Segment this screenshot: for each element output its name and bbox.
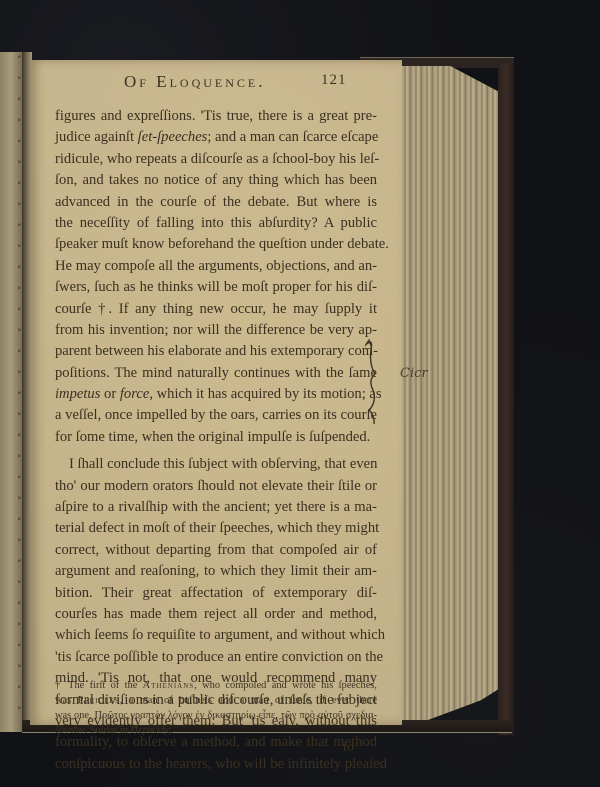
text-line: ridicule, who repeats a diſcourſe as a ſ… (55, 149, 377, 170)
text-line: courſes has made them reject all order a… (55, 604, 377, 625)
facing-page-edge: ▪▪▪▪▪▪▪▪▪▪▪▪▪▪▪▪▪▪▪▪▪▪▪▪▪▪▪▪▪▪▪▪ (0, 52, 22, 732)
text-line: figures and expreſſions. 'Tis true, ther… (55, 106, 377, 127)
text-line: was Pericles, a man of buſineſs and a ma… (55, 693, 377, 708)
handwritten-margin-annotation: Cicr (365, 336, 435, 426)
catchword: to (343, 740, 354, 756)
text-line: impetus or force, which it has acquired … (55, 384, 377, 405)
text-line: poſitions. The mind naturally continues … (55, 363, 377, 384)
book-page: Of Eloquence. 121 figures and expreſſion… (30, 60, 402, 725)
book-cover-spine (498, 63, 514, 735)
text-line: ζόντων. Suidas in Περικλῆς. (55, 723, 377, 738)
text-line: courſe †. If any thing new occur, he may… (55, 299, 377, 320)
text-line: argument and reaſoning, to which they li… (55, 561, 377, 582)
footnote: † The firſt of the Athenians, who compoſ… (55, 678, 377, 738)
text-line: ſpeaker muſt know beforehand the queſtio… (55, 234, 377, 255)
text-line: tho' our modern orators ſhould not eleva… (55, 476, 377, 497)
facing-page-text-fragments: ▪▪▪▪▪▪▪▪▪▪▪▪▪▪▪▪▪▪▪▪▪▪▪▪▪▪▪▪▪▪▪▪ (0, 52, 22, 724)
text-line: was one, Πρῶτος γραπτὸν λόγον ἐν δικαστη… (55, 708, 377, 723)
text-line: † The firſt of the Athenians, who compoſ… (55, 678, 377, 693)
text-line: which ſeems ſo requiſite to argument, an… (55, 625, 377, 646)
text-line: He may compoſe all the arguments, object… (55, 256, 377, 277)
page-number: 121 (321, 72, 347, 89)
text-line: ſwers, ſuch as he thinks will be moſt pr… (55, 277, 377, 298)
text-line: for ſome time, when the original impulſe… (55, 427, 377, 448)
text-line: parent between his elaborate and his ext… (55, 341, 377, 362)
text-line: terial defect in moſt of their ſpeeches,… (55, 518, 377, 539)
text-line: 'tis ſcarce poſſible to produce an entir… (55, 647, 377, 668)
text-line: conſpicuous to the hearers, who will be … (55, 754, 377, 775)
text-line: from his invention; nor will the differe… (55, 320, 377, 341)
text-line: judice againſt ſet-ſpeeches; and a man c… (55, 127, 377, 148)
text-line: advanced in the courſe of the debate. Bu… (55, 192, 377, 213)
text-line: ſon, and takes no notice of any thing wh… (55, 170, 377, 191)
text-line: a veſſel, once impelled by the oars, car… (55, 405, 377, 426)
paragraph-1: figures and expreſſions. 'Tis true, ther… (55, 106, 377, 448)
bracket-mark-icon (365, 336, 405, 426)
text-line: bition. Their great affectation of extem… (55, 583, 377, 604)
text-line: correct, without departing from that com… (55, 540, 377, 561)
body-text: figures and expreſſions. 'Tis true, ther… (55, 106, 377, 775)
text-line: the neceſſity of falling into this abſur… (55, 213, 377, 234)
text-line: I ſhall conclude this ſubject with obſer… (55, 454, 377, 475)
running-head-title: Of Eloquence. (124, 72, 266, 92)
text-line: aſpire to a rivalſhip with the ancient; … (55, 497, 377, 518)
margin-note-text: Cicr (400, 366, 428, 381)
